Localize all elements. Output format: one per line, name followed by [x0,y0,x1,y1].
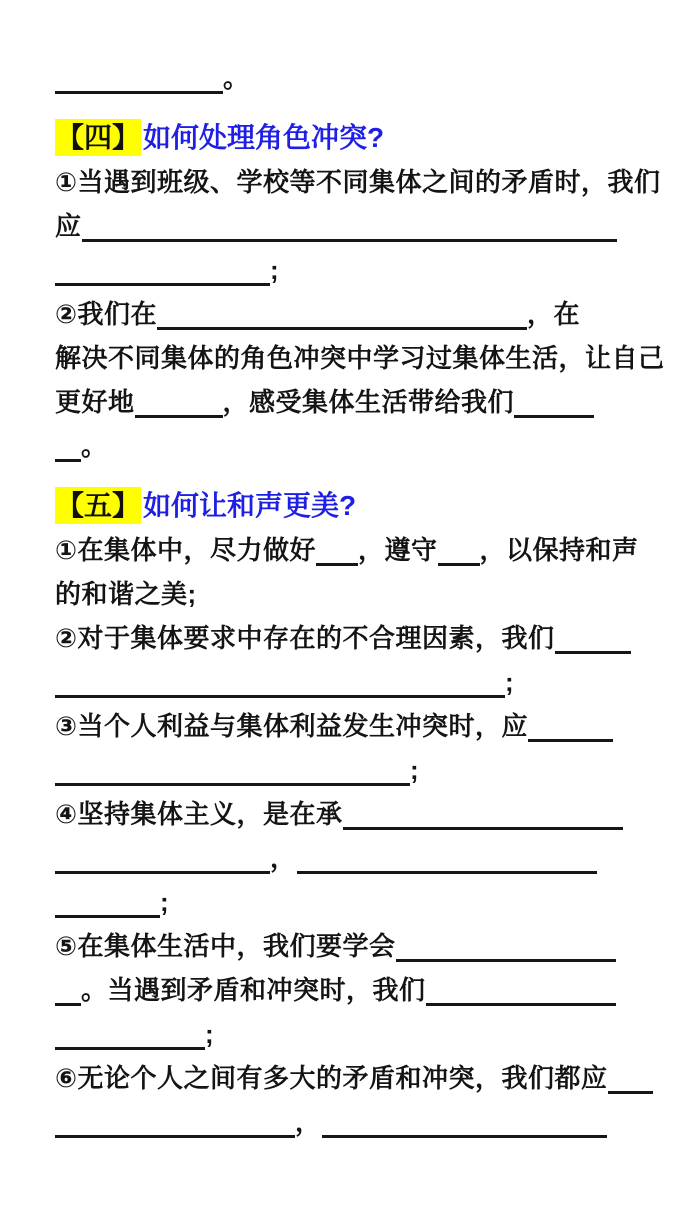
text-run: ， [295,1107,322,1137]
text-run: ，感受集体生活带给我们 [223,387,515,417]
q4-item2-line4: 。 [55,424,630,468]
q5-item4-line1: ④坚持集体主义，是在承 [55,792,630,836]
heading-bracket-highlight: 【五】 [55,487,141,524]
heading-bracket-highlight: 【四】 [55,119,141,156]
blank-underline [55,1101,295,1138]
blank-underline [55,661,505,698]
blank-underline [555,617,631,654]
text-run: ②对于集体要求中存在的不合理因素，我们 [55,623,555,653]
q5-item2-line1: ②对于集体要求中存在的不合理因素，我们 [55,616,630,660]
q5-item5-line2: 。当遇到矛盾和冲突时，我们 [55,968,630,1012]
text-run: ①在集体中，尽力做好 [55,535,316,565]
q5-item2-line2: ; [55,660,630,704]
blank-underline [297,837,597,874]
blank-underline [55,57,223,94]
q4-item1-line1: ①当遇到班级、学校等不同集体之间的矛盾时，我们 [55,160,630,204]
blank-underline [343,793,623,830]
q5-item6-line1: ⑥无论个人之间有多大的矛盾和冲突，我们都应 [55,1056,630,1100]
blank-underline [55,969,81,1006]
section-5-heading: 【五】如何让和声更美? [55,484,630,528]
q5-item4-line2: ， [55,836,630,880]
blank-underline [82,205,617,242]
text-run: 的和谐之美; [55,579,197,609]
text-run: ②我们在 [55,299,157,329]
text-run: ; [160,887,169,917]
text-run: ③当个人利益与集体利益发生冲突时，应 [55,711,528,741]
text-run: ; [270,255,279,285]
blank-underline [438,529,480,566]
text-run: ⑥无论个人之间有多大的矛盾和冲突，我们都应 [55,1063,608,1093]
q5-item5-line3: ; [55,1012,630,1056]
text-run: 更好地 [55,387,135,417]
text-run: 。当遇到矛盾和冲突时，我们 [81,975,426,1005]
text-run: 。 [81,431,108,461]
q5-item6-line2: ， [55,1100,630,1144]
blank-underline [55,1013,205,1050]
q5-item5-line1: ⑤在集体生活中，我们要学会 [55,924,630,968]
blank-underline [316,529,358,566]
text-run: 应 [55,211,82,241]
text-run: ; [410,755,419,785]
text-run: ; [505,667,514,697]
blank-underline [608,1057,653,1094]
q4-item1-line3: ; [55,248,630,292]
q5-item1-line2: 的和谐之美; [55,572,630,616]
blank-underline [55,881,160,918]
heading-title: 如何让和声更美? [143,490,356,521]
text-run: ， [270,843,297,873]
heading-title: 如何处理角色冲突? [143,122,384,153]
text-run: ; [205,1019,214,1049]
blank-underline [157,293,527,330]
blank-underline [135,381,223,418]
intro-blank-line: 。 [55,56,630,100]
text-run: 解决不同集体的角色冲突中学习过集体生活，让自己 [55,343,665,373]
worksheet-page: 。【四】如何处理角色冲突?①当遇到班级、学校等不同集体之间的矛盾时，我们应;②我… [0,0,680,1209]
q4-item2-line3: 更好地，感受集体生活带给我们 [55,380,630,424]
q4-item2-line2: 解决不同集体的角色冲突中学习过集体生活，让自己 [55,336,630,380]
text-run: ④坚持集体主义，是在承 [55,799,343,829]
text-run: ⑤在集体生活中，我们要学会 [55,931,396,961]
blank-underline [514,381,594,418]
blank-underline [396,925,616,962]
section-4-heading: 【四】如何处理角色冲突? [55,116,630,160]
q5-item4-line3: ; [55,880,630,924]
blank-underline [55,749,410,786]
text-run: 。 [223,63,250,93]
blank-underline [55,249,270,286]
q4-item1-line2: 应 [55,204,630,248]
blank-underline [55,425,81,462]
text-run: ，在 [527,299,580,329]
blank-underline [322,1101,607,1138]
text-run: ，遵守 [358,535,438,565]
q5-item1-line1: ①在集体中，尽力做好，遵守，以保持和声 [55,528,630,572]
text-run: ①当遇到班级、学校等不同集体之间的矛盾时，我们 [55,167,661,197]
blank-underline [426,969,616,1006]
q5-item3-line1: ③当个人利益与集体利益发生冲突时，应 [55,704,630,748]
q5-item3-line2: ; [55,748,630,792]
q4-item2-line1: ②我们在，在 [55,292,630,336]
blank-underline [55,837,270,874]
text-run: ，以保持和声 [480,535,639,565]
blank-underline [528,705,613,742]
